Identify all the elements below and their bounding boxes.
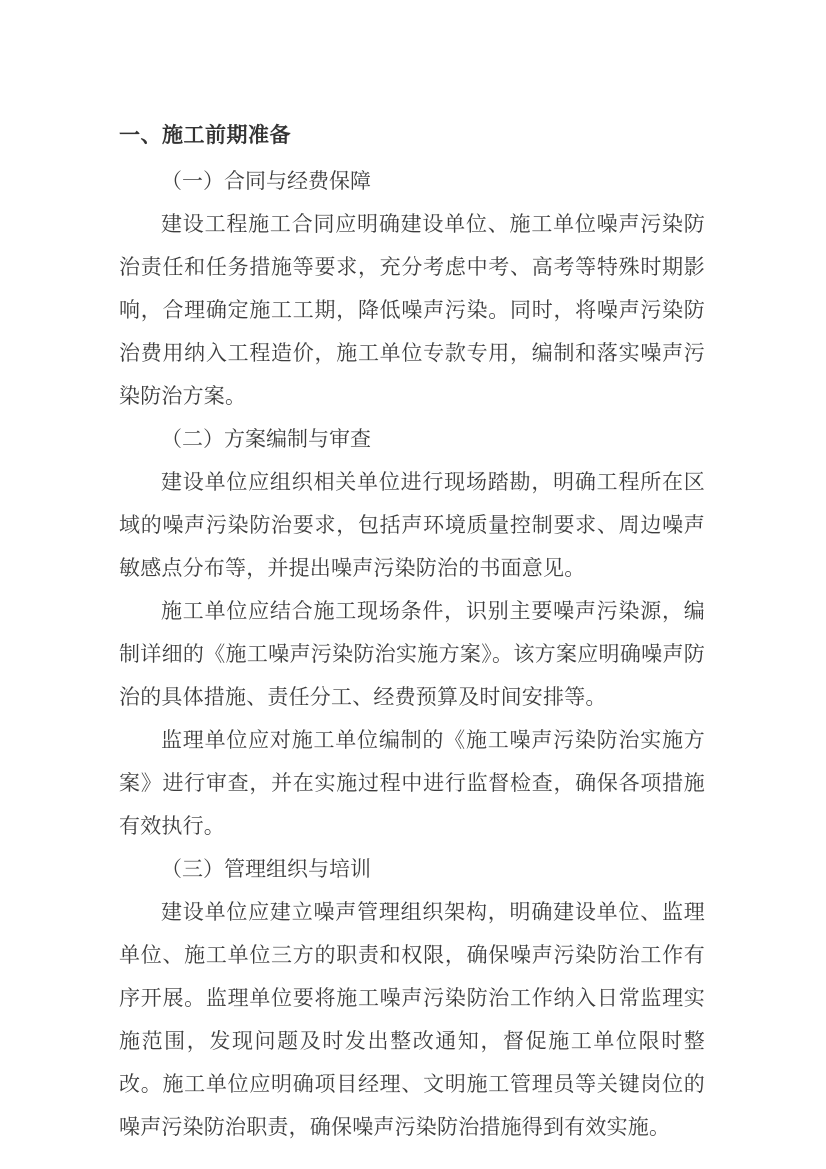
document-page: 一、施工前期准备 （一）合同与经费保障 建设工程施工合同应明确建设单位、施工单位… xyxy=(0,0,826,1169)
section-2-heading: （二）方案编制与审查 xyxy=(119,418,705,461)
section-2-paragraph-2: 施工单位应结合施工现场条件，识别主要噪声污染源，编制详细的《施工噪声污染防治实施… xyxy=(119,590,705,719)
section-1-heading: （一）合同与经费保障 xyxy=(119,160,705,203)
section-2-paragraph-3: 监理单位应对施工单位编制的《施工噪声污染防治实施方案》进行审查，并在实施过程中进… xyxy=(119,719,705,848)
section-1-paragraph-1: 建设工程施工合同应明确建设单位、施工单位噪声污染防治责任和任务措施等要求，充分考… xyxy=(119,203,705,418)
section-3-heading: （三）管理组织与培训 xyxy=(119,848,705,891)
section-2-paragraph-1: 建设单位应组织相关单位进行现场踏勘，明确工程所在区域的噪声污染防治要求，包括声环… xyxy=(119,461,705,590)
section-3-paragraph-1: 建设单位应建立噪声管理组织架构，明确建设单位、监理单位、施工单位三方的职责和权限… xyxy=(119,891,705,1149)
document-heading: 一、施工前期准备 xyxy=(119,111,705,160)
